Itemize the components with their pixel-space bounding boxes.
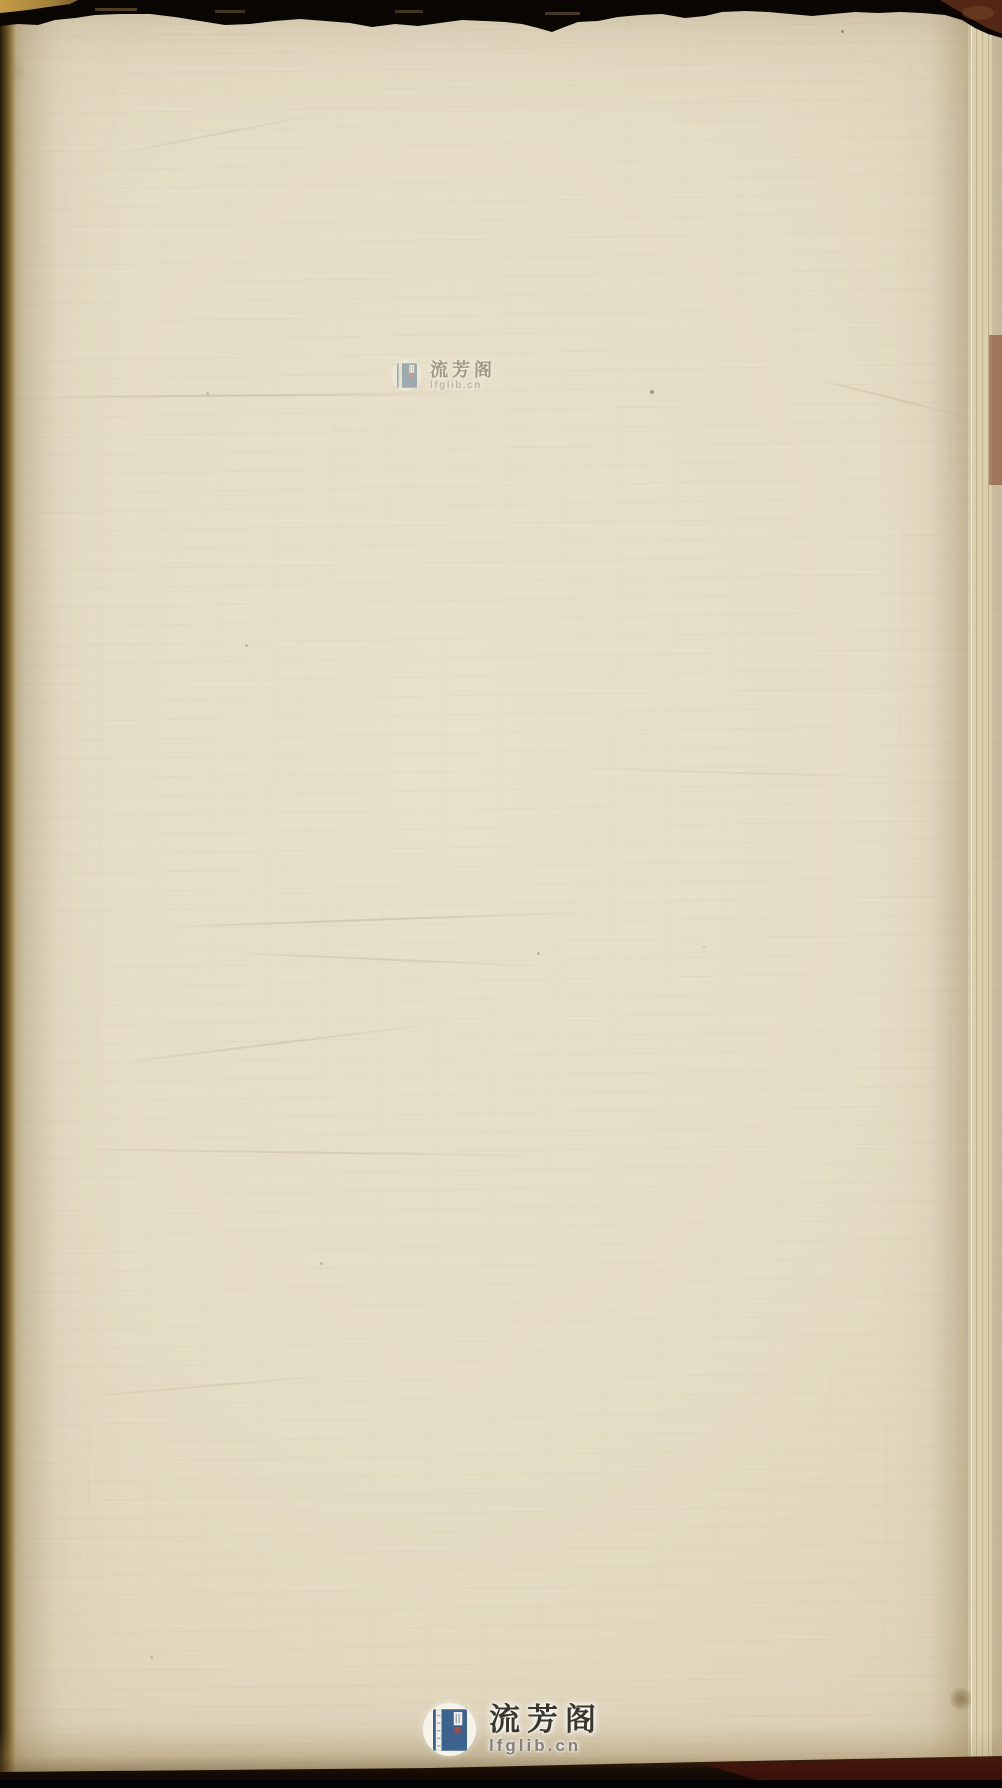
watermark-site-name: 流芳阁 [489, 1704, 603, 1736]
ink-speck [150, 1656, 153, 1659]
ink-speck [650, 390, 654, 394]
paper-crease [815, 378, 976, 420]
watermark-badge [423, 1703, 476, 1756]
ink-speck [245, 644, 248, 647]
ink-speck [537, 952, 540, 955]
watermark-site-url: lfglib.cn [489, 1737, 603, 1755]
paper-crease [82, 1373, 346, 1398]
ink-speck [320, 1262, 323, 1265]
page-stack-edge [971, 26, 992, 1770]
bottom-cover-edge [0, 1754, 1002, 1788]
lfglib-watermark: 流芳阁 lfglib.cn [423, 1703, 603, 1756]
scanned-book-page: 流芳阁 lfglib.cn 流芳阁 lfglib.cn [0, 0, 1002, 1788]
watermark-site-url: lfglib.cn [430, 380, 496, 391]
torn-top-edge [0, 0, 1002, 40]
watermark-badge [391, 360, 422, 391]
paper-crease [120, 112, 327, 154]
right-cover-maroon-tint [989, 335, 1002, 485]
book-icon [433, 1709, 467, 1751]
ink-speck [206, 392, 209, 395]
ink-speck [703, 946, 705, 948]
paper-crease [238, 952, 548, 968]
edge-smudge [1, 56, 25, 86]
paper-crease [168, 911, 608, 928]
book-icon [397, 363, 417, 388]
paper-crease [42, 393, 472, 398]
left-gutter-shadow [0, 0, 56, 1788]
left-binding-edge [0, 0, 24, 1788]
watermark-site-name: 流芳阁 [430, 361, 496, 380]
watermark-text-group: 流芳阁 lfglib.cn [430, 361, 496, 391]
paper-crease [598, 768, 928, 779]
lfglib-watermark-small: 流芳阁 lfglib.cn [391, 360, 496, 391]
right-cover-edge [992, 0, 1002, 1788]
watermark-text-group: 流芳阁 lfglib.cn [489, 1704, 603, 1755]
scan-vignette [0, 0, 1002, 1788]
paper-crease [118, 1021, 451, 1064]
page-curl-shadow [930, 0, 968, 1788]
paper-texture [0, 0, 1002, 1788]
paper-crease [60, 1148, 560, 1157]
